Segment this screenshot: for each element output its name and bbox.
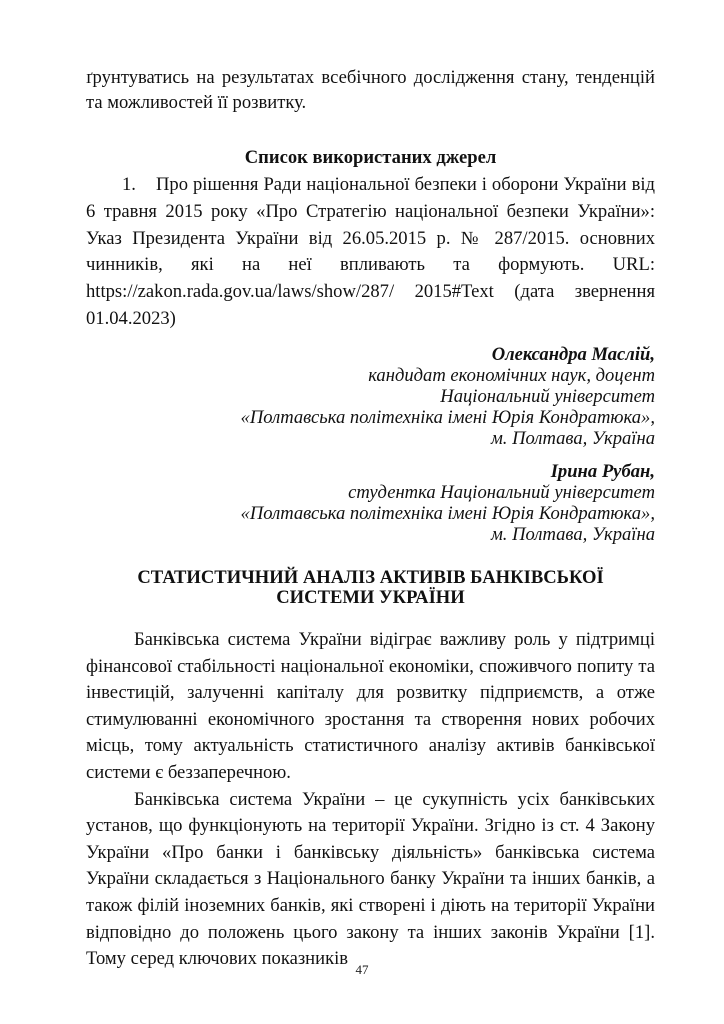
author-block: Олександра Маслій, кандидат економічних … xyxy=(241,344,655,449)
references-heading: Список використаних джерел xyxy=(86,146,655,170)
article-title: СТАТИСТИЧНИЙ АНАЛІЗ АКТИВІВ БАНКІВСЬКОЇ … xyxy=(86,568,655,608)
author-block: Ірина Рубан, студентка Національний унів… xyxy=(241,461,655,545)
author-affiliation-line: Національний університет xyxy=(241,386,655,407)
document-page: ґрунтуватись на результатах всебічного д… xyxy=(0,0,724,1024)
body-paragraph: Банківська система України відіграє важл… xyxy=(86,627,655,787)
author-affiliation-line: кандидат економічних наук, доцент xyxy=(241,365,655,386)
author-name: Олександра Маслій, xyxy=(241,344,655,365)
author-name: Ірина Рубан, xyxy=(241,461,655,482)
author-affiliation-line: м. Полтава, Україна xyxy=(241,428,655,449)
reference-item: 1.Про рішення Ради національної безпеки … xyxy=(86,172,655,333)
references-list: 1.Про рішення Ради національної безпеки … xyxy=(86,172,655,333)
reference-text: Про рішення Ради національної безпеки і … xyxy=(86,174,655,329)
continuation-paragraph: ґрунтуватись на результатах всебічного д… xyxy=(86,66,655,115)
author-affiliation-line: студентка Національний університет xyxy=(241,482,655,503)
author-affiliation-line: «Полтавська політехніка імені Юрія Кондр… xyxy=(241,503,655,524)
page-number: 47 xyxy=(0,962,724,978)
body-paragraph: Банківська система України – це сукупніс… xyxy=(86,787,655,973)
article-body: Банківська система України відіграє важл… xyxy=(86,627,655,973)
author-affiliation-line: м. Полтава, Україна xyxy=(241,524,655,545)
reference-number: 1. xyxy=(122,172,156,199)
author-affiliation-line: «Полтавська політехніка імені Юрія Кондр… xyxy=(241,407,655,428)
